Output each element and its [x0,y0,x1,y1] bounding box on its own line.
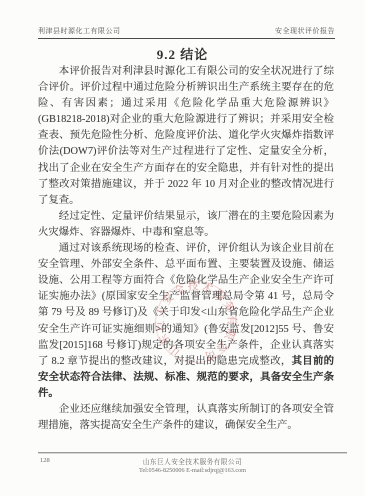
header-company-name: 利津县时源化工有限公司 [38,26,121,36]
header-report-type: 安全现状评价报告 [275,26,335,36]
document-page: 利津县时源化工有限公司 安全现状评价报告 9.2 结论 本评价报告对利津县时源化… [0,0,365,496]
page-footer: 128 山东巨人安全技术服务有限公司 Tel:0546-8250006 E-ma… [38,452,347,474]
footer-divider [38,452,347,454]
page-header: 利津县时源化工有限公司 安全现状评价报告 [38,26,335,39]
paragraph-text: 经过定性、定量评价结果显示，该厂潜在的主要危险因素为火灾爆炸、容器爆炸、中毒和窒… [38,211,334,238]
paragraph: 企业还应继续加强安全管理，认真落实所制订的各项安全管理措施，落实提高安全生产条件… [38,402,334,434]
paragraph-text: 本评价报告对利津县时源化工有限公司的安全状况进行了综合评价。评价过程中通过危险分… [38,66,334,206]
paragraph: 本评价报告对利津县时源化工有限公司的安全状况进行了综合评价。评价过程中通过危险分… [38,64,334,209]
paragraph: 通过对该系统现场的检查、评价，评价组认为该企业目前在安全管理、外部安全条件、总平… [38,241,334,402]
section-title: 9.2 结论 [0,44,365,63]
document-body: 本评价报告对利津县时源化工有限公司的安全状况进行了综合评价。评价过程中通过危险分… [38,64,334,434]
footer-contact-info: Tel:0546-8250006 E-mail:sdjrqj@163.com [38,467,347,474]
page-number: 128 [40,457,50,464]
footer-company-name: 山东巨人安全技术服务有限公司 [38,456,347,466]
footer-content: 128 山东巨人安全技术服务有限公司 Tel:0546-8250006 E-ma… [38,456,347,474]
paragraph: 经过定性、定量评价结果显示，该厂潜在的主要危险因素为火灾爆炸、容器爆炸、中毒和窒… [38,209,334,241]
paragraph-text: 通过对该系统现场的检查、评价，评价组认为该企业目前在安全管理、外部安全条件、总平… [38,243,334,367]
paragraph-text: 企业还应继续加强安全管理，认真落实所制订的各项安全管理措施，落实提高安全生产条件… [38,404,334,431]
